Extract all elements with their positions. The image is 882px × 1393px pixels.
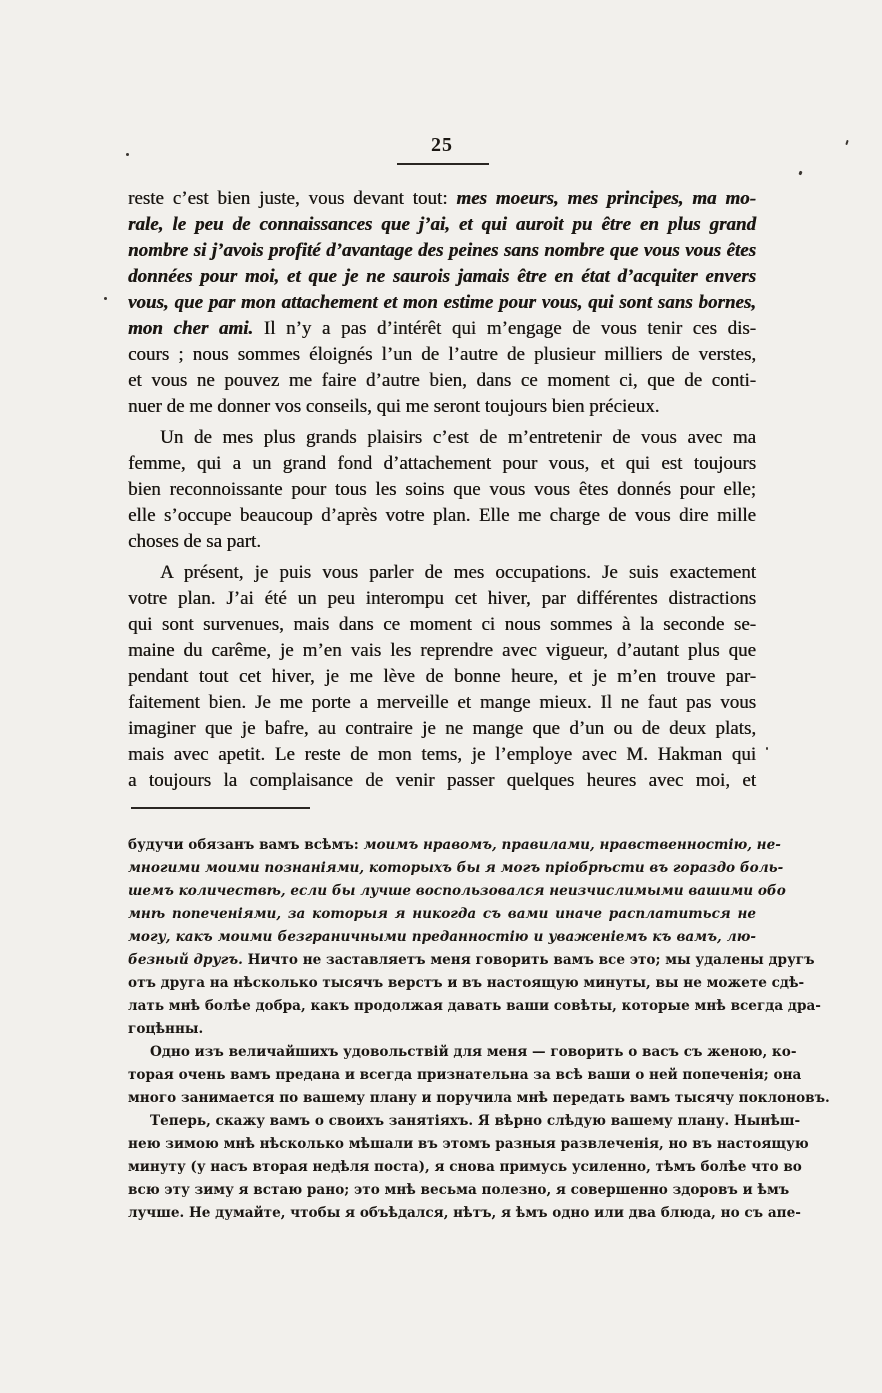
text-line: imaginer que je bafre, au contraire je n…	[128, 716, 756, 742]
roman-text-segment: cours ; nous sommes éloignés l’un de l’a…	[128, 344, 756, 365]
roman-text-segment: faitement bien. Je me porte a merveille …	[128, 692, 756, 713]
text-line: qui sont survenues, mais dans ce moment …	[128, 612, 756, 638]
roman-text-segment: et vous ne pouvez me faire d’autre bien,…	[128, 370, 756, 391]
italic-text-segment: моимъ нравомъ, правилами, нравственності…	[364, 837, 781, 853]
text-line: лать мнѣ болѣе добра, какъ продолжая дав…	[128, 995, 756, 1018]
roman-text-segment: pendant tout cet hiver, je me lève de bo…	[128, 666, 756, 687]
roman-text-segment: bien reconnoissante pour tous les soins …	[128, 479, 756, 500]
text-line: mon cher ami. Il n’y a pas d’intérêt qui…	[128, 316, 756, 342]
italic-text-segment: mon cher ami.	[128, 318, 253, 339]
text-line: nombre si j’avois profité d’avantage des…	[128, 238, 756, 264]
italic-text-segment: nombre si j’avois profité d’avantage des…	[128, 240, 756, 261]
text-line: отъ друга на нѣсколько тысячъ верстъ и в…	[128, 972, 756, 995]
roman-text-segment: отъ друга на нѣсколько тысячъ верстъ и в…	[128, 975, 804, 991]
roman-text-segment: imaginer que je bafre, au contraire je n…	[128, 718, 756, 739]
page-number: 25	[431, 133, 453, 157]
roman-text-segment: Ничто не заставляетъ меня говорить вамъ …	[243, 952, 815, 968]
italic-text-segment: могу, какъ моими безграничными преданнос…	[128, 929, 756, 945]
italic-text-segment: безный другъ.	[128, 952, 243, 968]
text-line: reste c’est bien juste, vous devant tout…	[128, 186, 756, 212]
text-line: pendant tout cet hiver, je me lève de bo…	[128, 664, 756, 690]
roman-text-segment: maine du carême, je m’en vais les repren…	[128, 640, 756, 661]
scan-speck	[126, 153, 129, 156]
text-line: et vous ne pouvez me faire d’autre bien,…	[128, 368, 756, 394]
roman-text-segment: qui sont survenues, mais dans ce moment …	[128, 614, 756, 635]
roman-text-segment: a toujours la complaisance de venir pass…	[128, 770, 756, 791]
text-line: будучи обязанъ вамъ всѣмъ: моимъ нравомъ…	[128, 834, 756, 857]
roman-text-segment: нею зимою мнѣ нѣсколько мѣшали въ этомъ …	[128, 1136, 809, 1152]
text-line: votre plan. J’ai été un peu interompu ce…	[128, 586, 756, 612]
text-line: a toujours la complaisance de venir pass…	[128, 768, 756, 794]
page-number-rule	[397, 163, 489, 165]
italic-text-segment: шемъ количествѣ, если бы лучше воспользо…	[128, 883, 786, 899]
text-line: maine du carême, je m’en vais les repren…	[128, 638, 756, 664]
text-line: mais avec apetit. Le reste de mon tems, …	[128, 742, 756, 768]
roman-text-segment: Теперь, скажу вамъ о своихъ занятіяхъ. Я…	[150, 1113, 800, 1129]
roman-text-segment: femme, qui a un grand fond d’attachement…	[128, 453, 756, 474]
text-line: cours ; nous sommes éloignés l’un de l’a…	[128, 342, 756, 368]
russian-footnote-text: будучи обязанъ вамъ всѣмъ: моимъ нравомъ…	[128, 834, 756, 1225]
roman-text-segment: elle s’occupe beaucoup d’après votre pla…	[128, 505, 756, 526]
italic-text-segment: données pour moi, et que je ne saurois j…	[128, 266, 756, 287]
italic-text-segment: vous, que par mon attachement et mon est…	[128, 292, 756, 313]
italic-text-segment: mes moeurs, mes principes, ma mo-	[456, 188, 756, 209]
italic-text-segment: rale, le peu de connaissances que j’ai, …	[128, 214, 756, 235]
roman-text-segment: будучи обязанъ вамъ всѣмъ:	[128, 837, 364, 853]
roman-text-segment: минуту (у насъ вторая недѣля поста), я с…	[128, 1159, 802, 1175]
roman-text-segment: Un de mes plus grands plaisirs c’est de …	[160, 427, 756, 448]
roman-text-segment: гоцѣнны.	[128, 1021, 203, 1037]
text-line: могу, какъ моими безграничными преданнос…	[128, 926, 756, 949]
scan-speck	[845, 140, 848, 145]
page-header: 25	[128, 133, 756, 157]
roman-text-segment: лать мнѣ болѣе добра, какъ продолжая дав…	[128, 998, 821, 1014]
book-page: 25 reste c’est bien juste, vous devant t…	[0, 0, 882, 1393]
scan-speck	[798, 171, 802, 176]
text-line: nuer de me donner vos conseils, qui me s…	[128, 394, 756, 420]
roman-text-segment: mais avec apetit. Le reste de mon tems, …	[128, 744, 756, 765]
roman-text-segment: reste c’est bien juste, vous devant tout…	[128, 188, 456, 209]
italic-text-segment: многими моими познаніями, которыхъ бы я …	[128, 860, 783, 876]
text-line: гоцѣнны.	[128, 1018, 756, 1041]
scan-speck	[766, 747, 768, 750]
text-line: минуту (у насъ вторая недѣля поста), я с…	[128, 1156, 756, 1179]
text-line: données pour moi, et que je ne saurois j…	[128, 264, 756, 290]
roman-text-segment: votre plan. J’ai été un peu interompu ce…	[128, 588, 756, 609]
text-line: торая очень вамъ предана и всегда призна…	[128, 1064, 756, 1087]
text-line: Одно изъ величайшихъ удовольствій для ме…	[128, 1041, 756, 1064]
text-line: vous, que par mon attachement et mon est…	[128, 290, 756, 316]
french-letter-text: reste c’est bien juste, vous devant tout…	[128, 186, 756, 794]
italic-text-segment: мнѣ попеченіями, за которыя я никогда съ…	[128, 906, 756, 922]
text-line: femme, qui a un grand fond d’attachement…	[128, 451, 756, 477]
text-line: bien reconnoissante pour tous les soins …	[128, 477, 756, 503]
text-line: choses de sa part.	[128, 529, 756, 555]
scan-speck	[104, 297, 107, 300]
roman-text-segment: лучше. Не думайте, чтобы я объѣдался, нѣ…	[128, 1205, 801, 1221]
text-line: шемъ количествѣ, если бы лучше воспользо…	[128, 880, 756, 903]
roman-text-segment: много занимается по вашему плану и поруч…	[128, 1090, 830, 1106]
text-line: нею зимою мнѣ нѣсколько мѣшали въ этомъ …	[128, 1133, 756, 1156]
footnote-separator-rule	[131, 807, 310, 809]
text-line: faitement bien. Je me porte a merveille …	[128, 690, 756, 716]
text-line: безный другъ. Ничто не заставляетъ меня …	[128, 949, 756, 972]
roman-text-segment: choses de sa part.	[128, 531, 261, 552]
text-line: мнѣ попеченіями, за которыя я никогда съ…	[128, 903, 756, 926]
text-line: многими моими познаніями, которыхъ бы я …	[128, 857, 756, 880]
roman-text-segment: торая очень вамъ предана и всегда призна…	[128, 1067, 801, 1083]
text-line: много занимается по вашему плану и поруч…	[128, 1087, 756, 1110]
text-line: elle s’occupe beaucoup d’après votre pla…	[128, 503, 756, 529]
roman-text-segment: nuer de me donner vos conseils, qui me s…	[128, 396, 659, 417]
text-line: rale, le peu de connaissances que j’ai, …	[128, 212, 756, 238]
text-line: всю эту зиму я встаю рано; это мнѣ весьм…	[128, 1179, 756, 1202]
roman-text-segment: Одно изъ величайшихъ удовольствій для ме…	[150, 1044, 796, 1060]
roman-text-segment: Il n’y a pas d’intérêt qui m’engage de v…	[253, 318, 756, 339]
roman-text-segment: всю эту зиму я встаю рано; это мнѣ весьм…	[128, 1182, 789, 1198]
text-line: Un de mes plus grands plaisirs c’est de …	[128, 425, 756, 451]
text-line: Теперь, скажу вамъ о своихъ занятіяхъ. Я…	[128, 1110, 756, 1133]
text-line: лучше. Не думайте, чтобы я объѣдался, нѣ…	[128, 1202, 756, 1225]
roman-text-segment: A présent, je puis vous parler de mes oc…	[160, 562, 756, 583]
text-line: A présent, je puis vous parler de mes oc…	[128, 560, 756, 586]
